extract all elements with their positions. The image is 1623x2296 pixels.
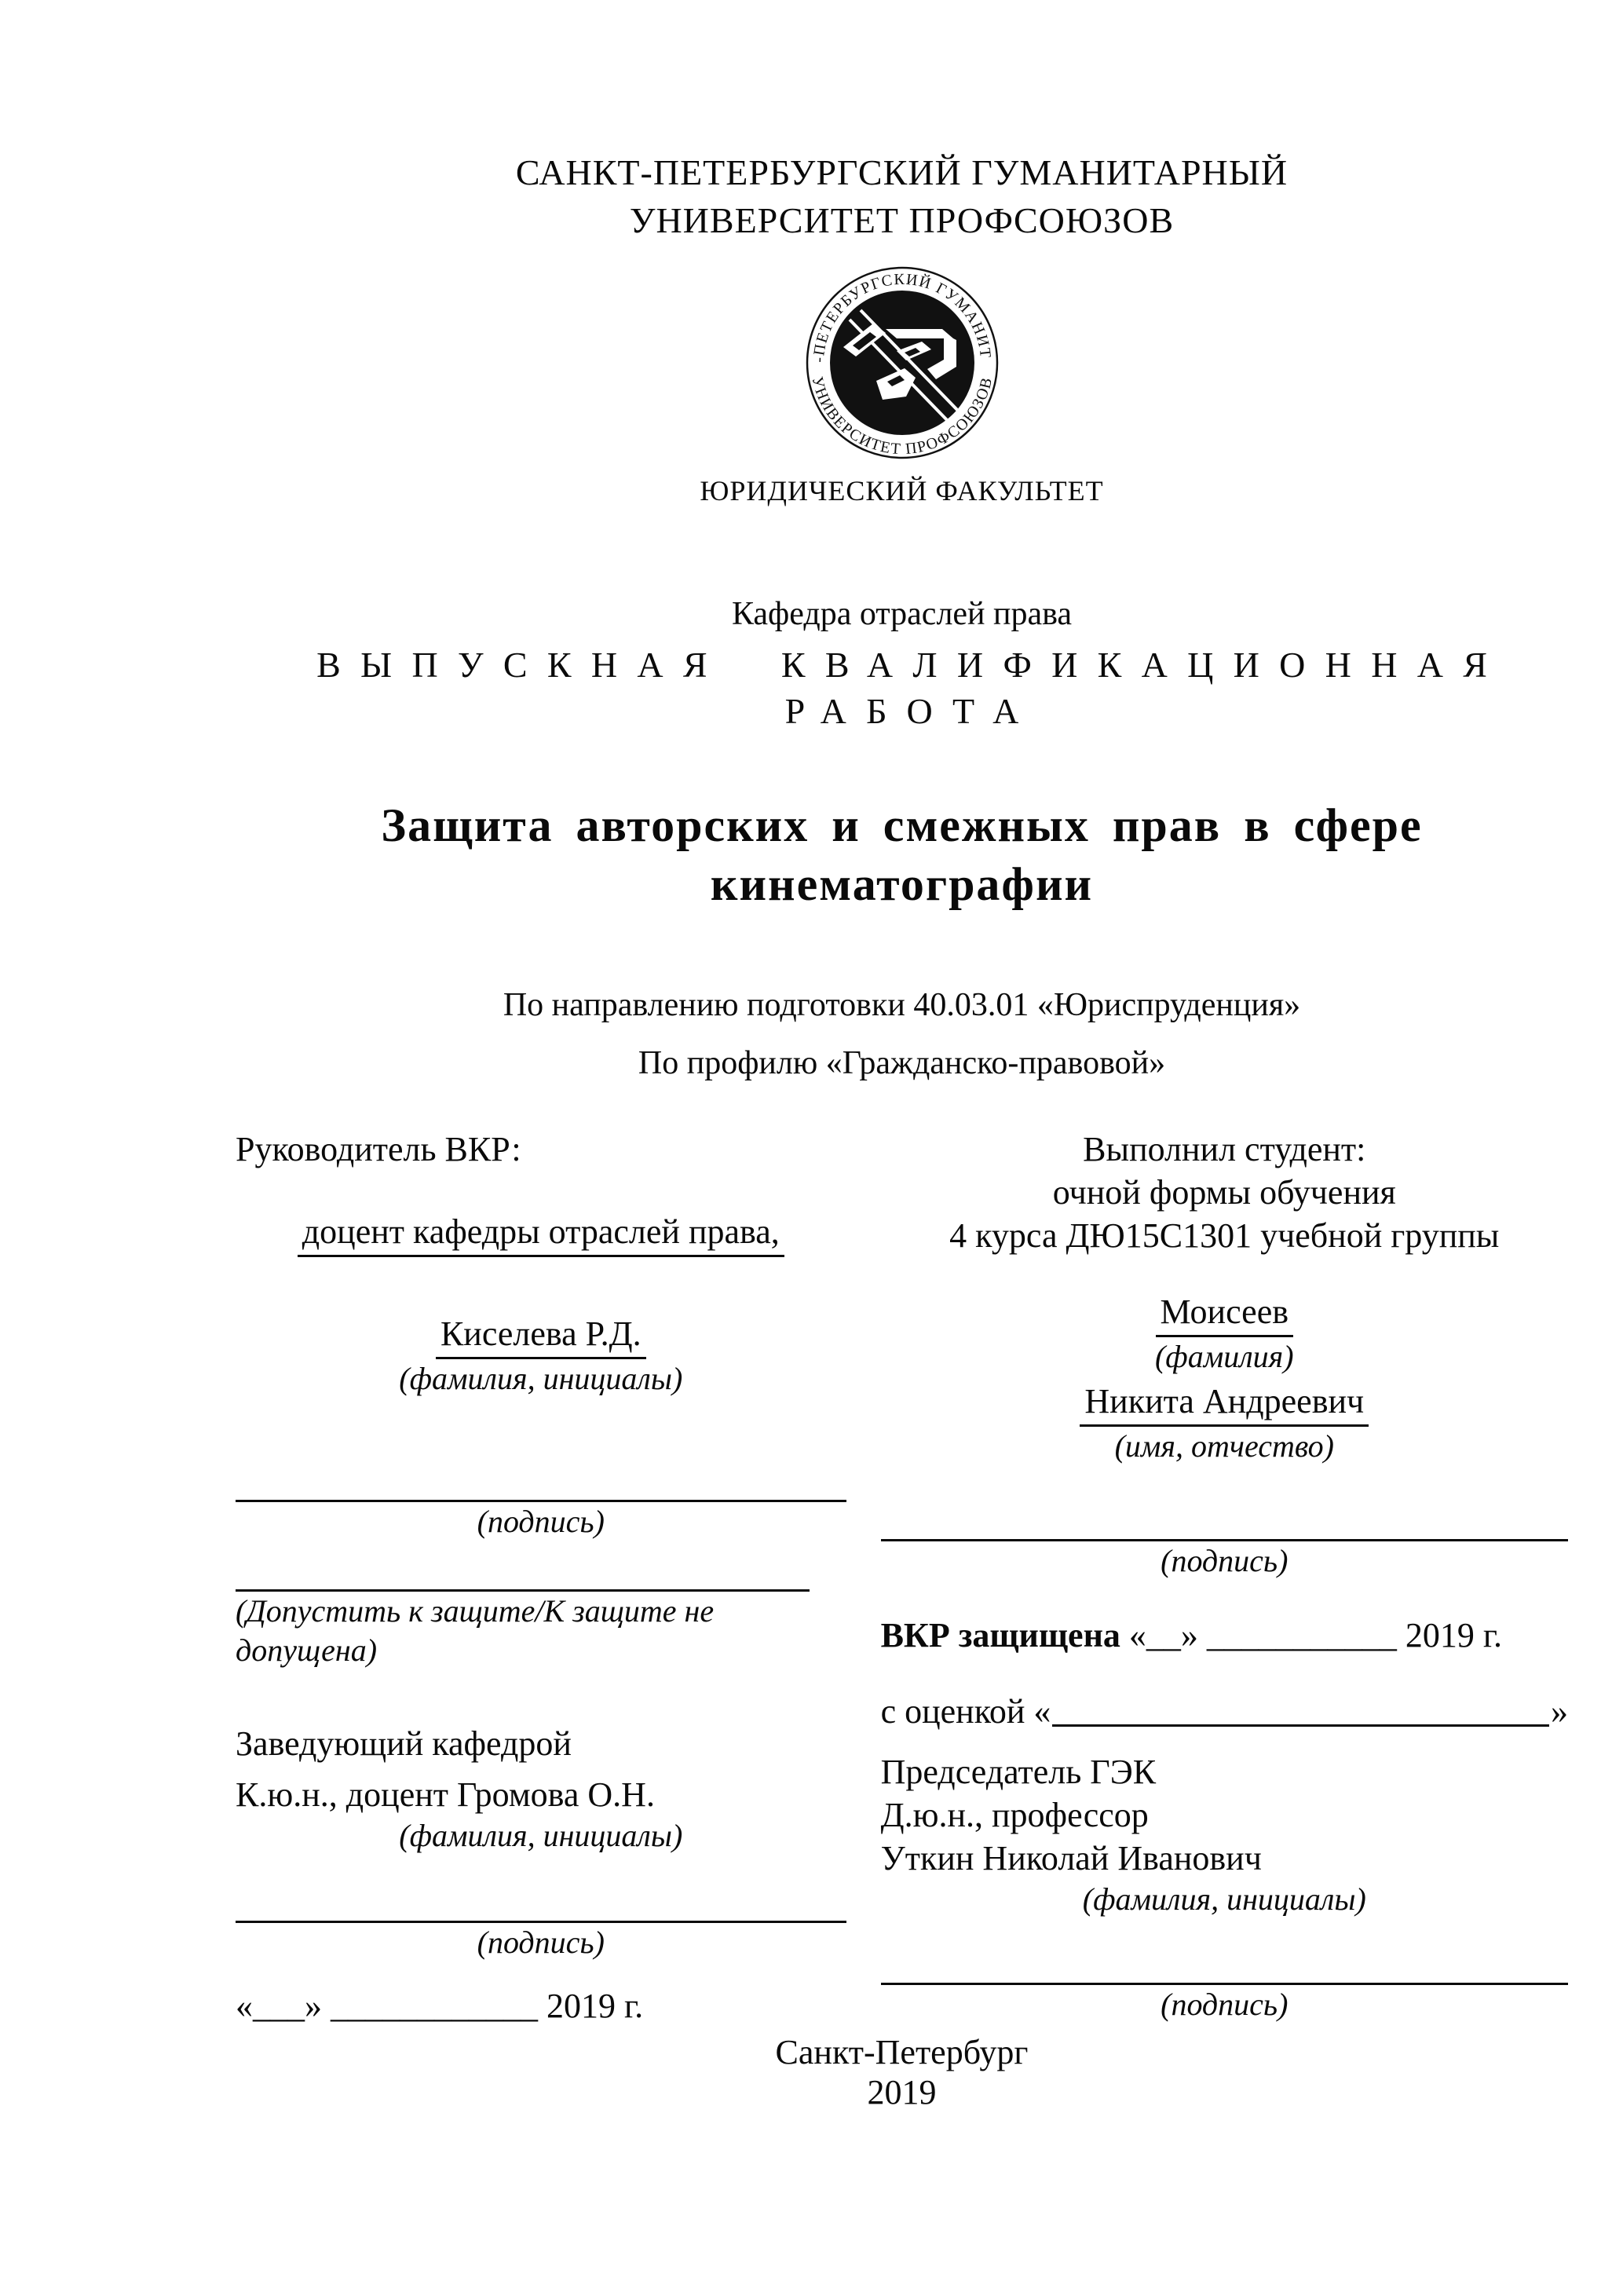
supervisor-name-hint: (фамилия, инициалы) — [236, 1359, 846, 1398]
department-head-name-hint: (фамилия, инициалы) — [236, 1816, 846, 1855]
department-head-name: К.ю.н., доцент Громова О.Н. — [236, 1773, 846, 1816]
committee-chair-name-hint: (фамилия, инициалы) — [881, 1880, 1568, 1919]
work-type-heading: ВЫПУСКНАЯ КВАЛИФИКАЦИОННАЯ РАБОТА — [236, 642, 1568, 735]
department-head-label: Заведующий кафедрой — [236, 1722, 846, 1765]
work-type-line1: ВЫПУСКНАЯ КВАЛИФИКАЦИОННАЯ — [255, 642, 1568, 689]
study-profile: По профилю «Гражданско-правовой» — [236, 1044, 1568, 1082]
committee-chair-name: Уткин Николай Иванович — [881, 1837, 1568, 1880]
student-surname: Моисеев — [881, 1290, 1568, 1337]
footer-city: Санкт-Петербург — [236, 2032, 1568, 2072]
student-surname-hint: (фамилия) — [881, 1337, 1568, 1377]
defense-date-label: ВКР защищена — [881, 1616, 1120, 1654]
thesis-title-page: САНКТ-ПЕТЕРБУРГСКИЙ ГУМАНИТАРНЫЙ УНИВЕРС… — [0, 0, 1623, 2296]
university-seal-icon: САНКТ-ПЕТЕРБУРГСКИЙ ГУМАНИТАРНЫЙ УНИВЕРС… — [804, 265, 1000, 461]
department-head-sign-hint: (подпись) — [236, 1923, 846, 1962]
university-name-line1: САНКТ-ПЕТЕРБУРГСКИЙ ГУМАНИТАРНЫЙ — [236, 149, 1568, 197]
grade-suffix: » — [1551, 1690, 1568, 1733]
supervisor-column: Руководитель ВКР: доцент кафедры отрасле… — [236, 1128, 862, 2027]
student-column: Выполнил студент: очной формы обучения 4… — [862, 1128, 1568, 2027]
admission-hint: (Допустить к защите/К защите не допущена… — [236, 1592, 846, 1670]
work-type-line2: РАБОТА — [255, 689, 1568, 735]
page-content: САНКТ-ПЕТЕРБУРГСКИЙ ГУМАНИТАРНЫЙ УНИВЕРС… — [0, 0, 1623, 2112]
defense-date-blanks: «__» ___________ 2019 г. — [1120, 1616, 1502, 1654]
student-name-hint: (имя, отчество) — [881, 1427, 1568, 1466]
supervisor-position: доцент кафедры отраслей права, — [236, 1210, 846, 1257]
student-given-name: Никита Андреевич — [881, 1380, 1568, 1427]
supervisor-label: Руководитель ВКР: — [236, 1128, 846, 1171]
committee-chair-degree: Д.ю.н., профессор — [881, 1793, 1568, 1837]
grade-blank-line — [1052, 1724, 1549, 1727]
student-study-form: очной формы обучения — [881, 1171, 1568, 1214]
student-sign-hint: (подпись) — [881, 1541, 1568, 1581]
defense-date-line: ВКР защищена «__» ___________ 2019 г. — [881, 1614, 1568, 1657]
supervisor-name: Киселева Р.Д. — [236, 1312, 846, 1359]
university-name-line2: УНИВЕРСИТЕТ ПРОФСОЮЗОВ — [236, 197, 1568, 245]
grade-line: с оценкой « » — [881, 1690, 1568, 1733]
supervisor-sign-hint: (подпись) — [236, 1502, 846, 1541]
university-seal: САНКТ-ПЕТЕРБУРГСКИЙ ГУМАНИТАРНЫЙ УНИВЕРС… — [236, 265, 1568, 465]
university-name: САНКТ-ПЕТЕРБУРГСКИЙ ГУМАНИТАРНЫЙ УНИВЕРС… — [236, 149, 1568, 244]
thesis-title: Защита авторских и смежных прав в сфере … — [236, 796, 1568, 914]
department-name: Кафедра отраслей права — [236, 595, 1568, 633]
footer-year: 2019 — [236, 2072, 1568, 2112]
thesis-title-line2: кинематографии — [236, 855, 1568, 914]
study-direction: По направлению подготовки 40.03.01 «Юрис… — [236, 986, 1568, 1024]
student-label: Выполнил студент: — [881, 1128, 1568, 1171]
student-group: 4 курса ДЮ15С1301 учебной группы — [881, 1214, 1568, 1257]
thesis-title-line1: Защита авторских и смежных прав в сфере — [236, 796, 1568, 855]
committee-chair-label: Председатель ГЭК — [881, 1750, 1568, 1793]
committee-chair-sign-hint: (подпись) — [881, 1985, 1568, 2024]
grade-prefix: с оценкой « — [881, 1690, 1051, 1733]
signature-columns: Руководитель ВКР: доцент кафедры отрасле… — [236, 1128, 1568, 2027]
faculty-name: ЮРИДИЧЕСКИЙ ФАКУЛЬТЕТ — [236, 474, 1568, 507]
approval-date-line: «___» ____________ 2019 г. — [236, 1984, 846, 2027]
